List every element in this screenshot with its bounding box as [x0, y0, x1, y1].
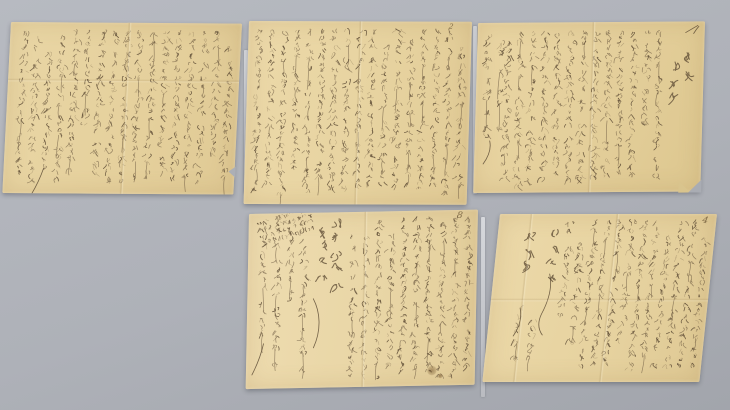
dog-ear-cut	[688, 179, 701, 192]
edge-tear	[228, 167, 236, 178]
handwriting-sheet-1	[2, 22, 242, 195]
manuscript-sheet-4: 8	[246, 210, 478, 389]
handwriting-sheet-4	[246, 210, 478, 389]
photograph-background: 2 8 4	[0, 0, 730, 410]
manuscript-sheet-2: 2	[244, 21, 472, 205]
page-number-sheet-4: 8	[456, 211, 463, 222]
handwriting-sheet-2	[244, 21, 472, 205]
handwriting-sheet-5	[482, 214, 717, 382]
manuscript-sheet-3	[473, 21, 705, 193]
manuscript-sheet-5: 4	[482, 214, 717, 382]
manuscript-sheet-1	[2, 22, 242, 195]
margin-annotation	[256, 210, 316, 247]
handwriting-sheet-3	[473, 21, 705, 193]
